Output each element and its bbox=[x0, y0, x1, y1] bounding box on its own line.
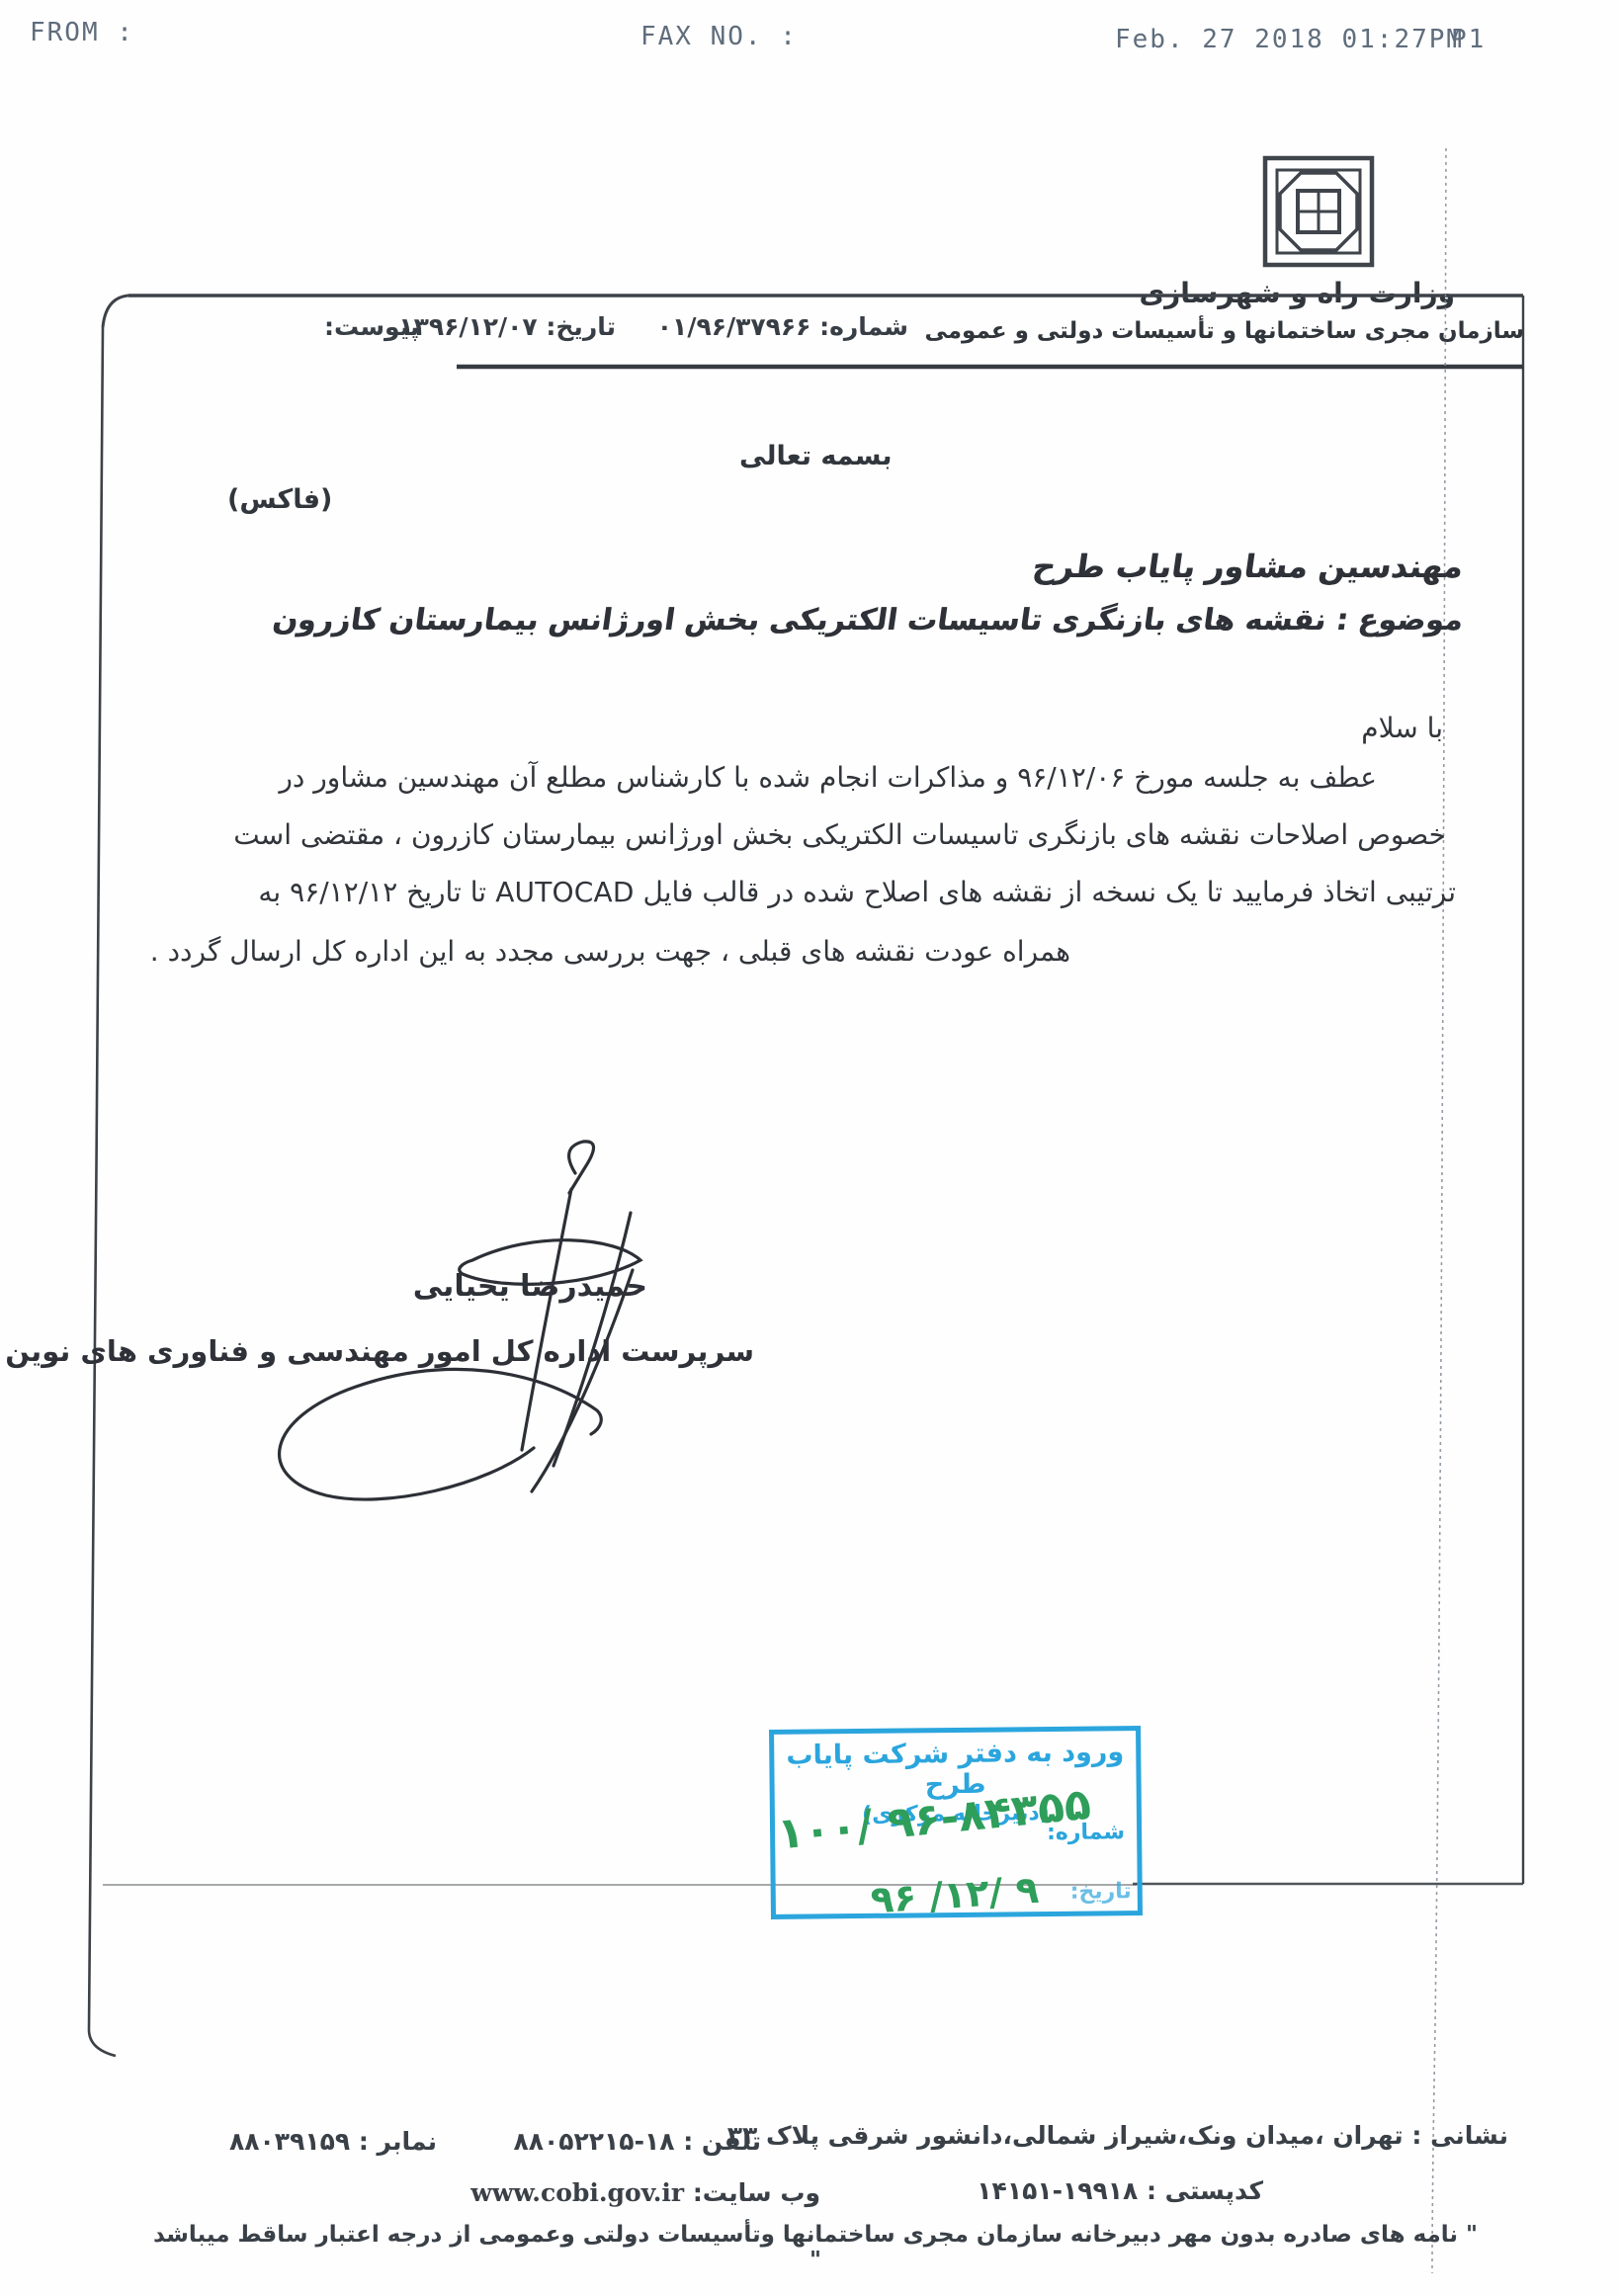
signer-title: سرپرست اداره کل امور مهندسی و فناوری های… bbox=[5, 1334, 754, 1368]
fax-note: (فاکس) bbox=[227, 484, 332, 515]
fax-from-label: FROM : bbox=[30, 18, 134, 47]
stamp-date-label: تاریخ: bbox=[1070, 1879, 1132, 1905]
subject-line: موضوع : نقشه های بازنگری تاسیسات الکتریک… bbox=[270, 603, 1465, 638]
salutation: با سلام bbox=[1361, 712, 1443, 744]
body-line-1: عطف به جلسه مورخ ۹۶/۱۲/۰۶ و مذاکرات انجا… bbox=[279, 761, 1377, 794]
recipient-line: مهندسین مشاور پایاب طرح bbox=[1030, 548, 1466, 585]
meta-number-label: شماره: bbox=[819, 312, 908, 341]
body-line-4: همراه عودت نقشه های قبلی ، جهت بررسی مجد… bbox=[150, 935, 1070, 968]
meta-date-value: ۱۳۹۶/۱۲/۰۷ bbox=[398, 312, 537, 341]
organization-name: سازمان مجری ساختمانها و تأسیسات دولتی و … bbox=[1064, 318, 1524, 344]
meta-date-label: تاریخ: bbox=[546, 312, 616, 341]
fax-page: FROM : FAX NO. : Feb. 27 2018 01:27PM P1… bbox=[0, 0, 1619, 2296]
meta-number-field: شماره: ۰۱/۹۶/۳۷۹۶۶ bbox=[657, 312, 908, 341]
stamp-date-handwritten: ۹۶ /۱۲/ ۹ bbox=[870, 1868, 1041, 1922]
besmellah-heading: بسمه تعالی bbox=[739, 441, 892, 471]
fax-number-label: FAX NO. : bbox=[640, 22, 798, 51]
incoming-stamp: ورود به دفتر شرکت پایاب طرح (دبیرخانه مر… bbox=[769, 1726, 1143, 1919]
footer-fax: نمابر : ۸۸۰۳۹۱۵۹ bbox=[229, 2127, 437, 2156]
footer-address: نشانی : تهران ،میدان ونک،شیراز شمالی،دان… bbox=[727, 2121, 1508, 2150]
footer-disclaimer: " نامه های صادره بدون مهر دبیرخانه سازما… bbox=[148, 2222, 1483, 2273]
fax-page-indicator: P1 bbox=[1451, 25, 1486, 54]
body-line-2: خصوص اصلاحات نقشه های بازنگری تاسیسات ال… bbox=[233, 818, 1446, 851]
footer-website: وب سایت: www.cobi.gov.ir bbox=[470, 2178, 820, 2207]
footer-website-url: www.cobi.gov.ir bbox=[470, 2178, 684, 2207]
signature-scribble bbox=[208, 1122, 662, 1507]
fax-timestamp: Feb. 27 2018 01:27PM bbox=[1115, 25, 1464, 54]
meta-number-value: ۰۱/۹۶/۳۷۹۶۶ bbox=[657, 312, 811, 341]
signer-name: حمیدرضا یحیایی bbox=[413, 1269, 647, 1304]
meta-attachment-label: پیوست: bbox=[324, 312, 419, 341]
fold-line bbox=[1432, 148, 1446, 2273]
meta-date-field: تاریخ: ۱۳۹۶/۱۲/۰۷ bbox=[398, 312, 616, 341]
ministry-emblem-icon bbox=[1261, 154, 1376, 269]
footer-website-label: وب سایت: bbox=[693, 2178, 820, 2207]
body-line-3: ترتیبی اتخاذ فرمایید تا یک نسخه از نقشه … bbox=[258, 876, 1456, 908]
footer-phone: تلفن : ۱۸-۸۸۰۵۲۲۱۵ bbox=[514, 2127, 762, 2156]
footer-postal-code: کدپستی : ۱۹۹۱۸-۱۴۱۵۱ bbox=[977, 2176, 1263, 2205]
ministry-name: وزارت راه و شهرسازی bbox=[1184, 277, 1455, 309]
